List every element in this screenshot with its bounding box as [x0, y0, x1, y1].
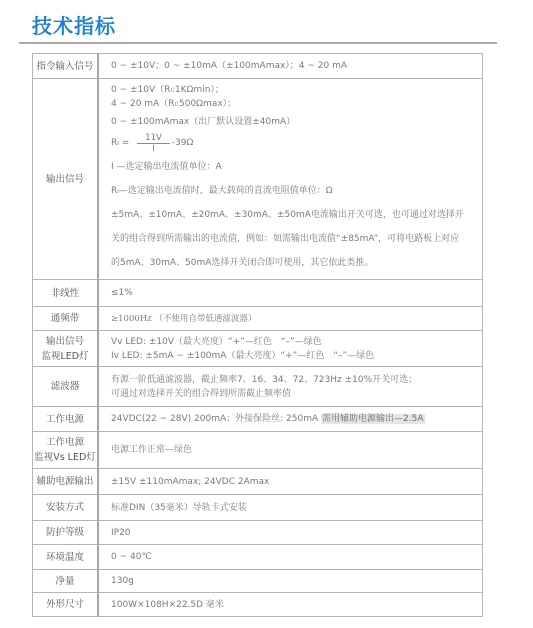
note-current-unit: I —选定输出电流值单位：A: [111, 155, 468, 179]
table-row-mounting: 安装方式 标准DIN（35毫米）导轨卡式安装: [33, 495, 483, 521]
table-row-nonlinearity: 非线性 ≤1%: [33, 280, 483, 307]
row-label-line: 输出信号: [33, 334, 97, 349]
aux-power-highlight: 需用辅助电源输出—2.5A: [321, 414, 424, 424]
formula-rhs: -39Ω: [172, 136, 194, 150]
row-value: 100W×108H×22.5D 毫米: [98, 593, 483, 617]
row-value: 有源一阶低通滤波器，截止频率7、16、34、72、723Hz ±10%开关可选；…: [98, 367, 483, 407]
row-label: 输出信号 监视LED灯: [33, 331, 99, 367]
row-label: 外形尺寸: [33, 593, 99, 617]
row-value: 标准DIN（35毫米）导轨卡式安装: [98, 495, 483, 521]
row-label: 工作电源: [33, 407, 99, 432]
table-row-filter: 滤波器 有源一阶低通滤波器，截止频率7、16、34、72、723Hz ±10%开…: [33, 367, 483, 407]
row-label: 防护等级: [33, 521, 99, 545]
table-row-command-input: 指令输入信号 0 ~ ±10V；0 ~ ±10mA（±100mAmax）；4 ~…: [33, 54, 483, 79]
table-row-protection: 防护等级 IP20: [33, 521, 483, 545]
table-row-net-weight: 净量 130g: [33, 570, 483, 593]
formula-lhs: Rₗ =: [111, 136, 129, 150]
formula-numerator: 11V: [137, 133, 170, 144]
table-row-bandwidth: 通频带 ≥1000Hz （不使用自带低通滤波器）: [33, 307, 483, 331]
row-label: 滤波器: [33, 367, 99, 407]
filter-desc-line: 可通过对选择开关的组合得到所需截止频率值: [111, 387, 468, 401]
row-label: 通频带: [33, 307, 99, 331]
row-value: 130g: [98, 570, 483, 593]
voltage-led-desc: Vv LED: ±10V（最大亮度）“+”—红色 “–”—绿色: [111, 335, 468, 349]
table-row-power: 工作电源 24VDC(22 ~ 28V) 200mA；外接保险丝: 250mA …: [33, 407, 483, 432]
row-label: 指令输入信号: [33, 54, 99, 79]
power-spec: 24VDC(22 ~ 28V) 200mA；外接保险丝: 250mA: [111, 414, 318, 424]
row-label: 安装方式: [33, 495, 99, 521]
row-label: 非线性: [33, 280, 99, 307]
spec-table: 指令输入信号 0 ~ ±10V；0 ~ ±10mA（±100mAmax）；4 ~…: [32, 53, 483, 617]
row-label-line: 监视Vs LED灯: [33, 450, 97, 465]
row-label: 工作电源 监视Vs LED灯: [33, 432, 99, 469]
load-resistance-formula: Rₗ = 11V I -39Ω: [111, 131, 468, 155]
row-value: 0 ~ ±10V；0 ~ ±10mA（±100mAmax）；4 ~ 20 mA: [98, 54, 483, 79]
table-row-ambient-temp: 环境温度 0 ~ 40℃: [33, 545, 483, 570]
formula-fraction: 11V I: [137, 133, 170, 154]
row-value: 0 ~ ±10V（Rₗ:1KΩmin）； 4 ~ 20 mA（Rₗ:500Ωma…: [98, 79, 483, 280]
output-max-current: 0 ~ ±100mAmax（出厂默认设置±40mA）: [111, 115, 468, 129]
table-row-output-signal: 输出信号 0 ~ ±10V（Rₗ:1KΩmin）； 4 ~ 20 mA（Rₗ:5…: [33, 79, 483, 280]
table-row-power-led: 工作电源 监视Vs LED灯 电源工作正常—绿色: [33, 432, 483, 469]
row-label-line: 监视LED灯: [33, 349, 97, 364]
row-label-line: 工作电源: [33, 435, 97, 450]
filter-desc-line: 有源一阶低通滤波器，截止频率7、16、34、72、723Hz ±10%开关可选；: [111, 373, 468, 387]
table-row-dimensions: 外形尺寸 100W×108H×22.5D 毫米: [33, 593, 483, 617]
row-value: 24VDC(22 ~ 28V) 200mA；外接保险丝: 250mA 需用辅助电…: [98, 407, 483, 432]
row-label: 环境温度: [33, 545, 99, 570]
row-value: 电源工作正常—绿色: [98, 432, 483, 469]
row-value: ≥1000Hz （不使用自带低通滤波器）: [98, 307, 483, 331]
row-label: 净量: [33, 570, 99, 593]
row-label: 输出信号: [33, 79, 99, 280]
row-value: IP20: [98, 521, 483, 545]
row-value: 0 ~ 40℃: [98, 545, 483, 570]
table-row-aux-power: 辅助电源输出 ±15V ±110mAmax; 24VDC 2Amax: [33, 469, 483, 495]
title-divider: [19, 42, 497, 44]
current-led-desc: Iv LED: ±5mA ~ ±100mA（最大亮度）“+”—红色 “–”—绿色: [111, 349, 468, 363]
note-resistance-unit: Rₗ—选定输出电流值时，最大载荷的直流电阻值单位：Ω: [111, 179, 468, 203]
output-current-range: 4 ~ 20 mA（Rₗ:500Ωmax）；: [111, 97, 468, 111]
row-value: ±15V ±110mAmax; 24VDC 2Amax: [98, 469, 483, 495]
row-value: ≤1%: [98, 280, 483, 307]
row-value: Vv LED: ±10V（最大亮度）“+”—红色 “–”—绿色 Iv LED: …: [98, 331, 483, 367]
formula-denominator: I: [152, 144, 155, 154]
note-current-switches: ±5mA、±10mA、±20mA、±30mA、±50mA电流输出开关可选，也可通…: [111, 203, 468, 275]
table-row-output-led: 输出信号 监视LED灯 Vv LED: ±10V（最大亮度）“+”—红色 “–”…: [33, 331, 483, 367]
page-title: 技术指标: [32, 14, 116, 38]
row-label: 辅助电源输出: [33, 469, 99, 495]
output-voltage-range: 0 ~ ±10V（Rₗ:1KΩmin）；: [111, 83, 468, 97]
